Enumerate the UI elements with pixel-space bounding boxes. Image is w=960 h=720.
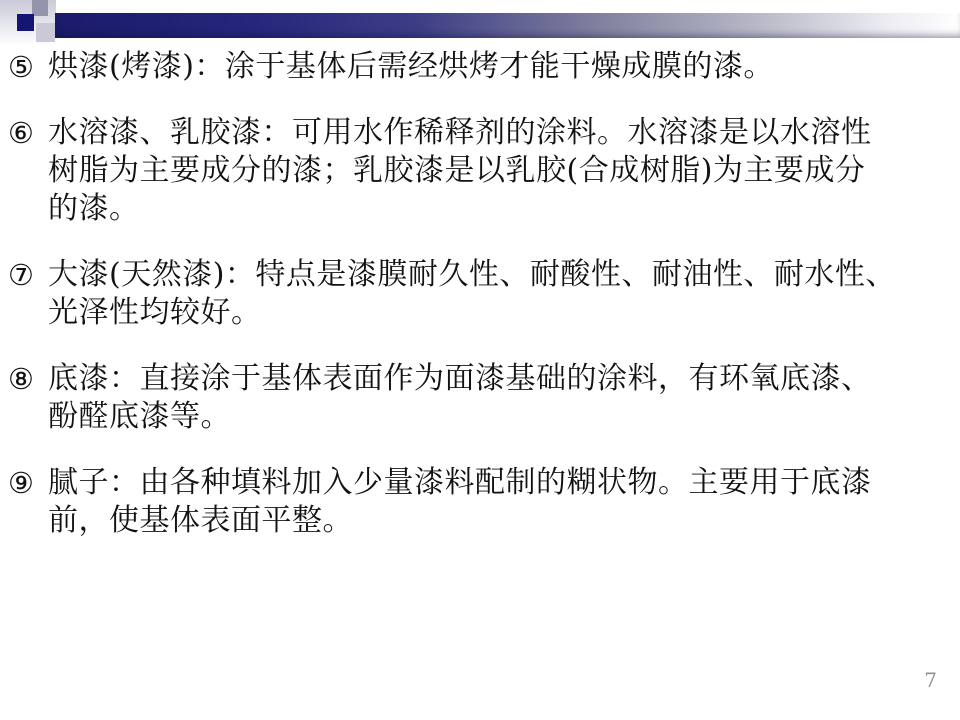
list-item: ⑤ 烘漆(烤漆)：涂于基体后需经烘烤才能干燥成膜的漆。 — [8, 48, 952, 86]
item-text: 腻子：由各种填料加入少量漆料配制的糊状物。主要用于底漆前，使基体表面平整。 — [48, 465, 872, 538]
list-item: ⑦ 大漆(天然漆)：特点是漆膜耐久性、耐酸性、耐油性、耐水性、光泽性均较好。 — [8, 256, 952, 332]
item-number: ⑤ — [8, 48, 35, 86]
item-text: 大漆(天然漆)：特点是漆膜耐久性、耐酸性、耐油性、耐水性、光泽性均较好。 — [48, 257, 896, 330]
item-text: 烘漆(烤漆)：涂于基体后需经烘烤才能干燥成膜的漆。 — [48, 49, 774, 84]
item-number: ⑦ — [8, 256, 35, 294]
gray-square-decoration — [32, 0, 48, 16]
header-gradient-bar — [55, 13, 960, 38]
item-text: 水溶漆、乳胶漆：可用水作稀释剂的涂料。水溶漆是以水溶性树脂为主要成分的漆；乳胶漆… — [48, 115, 872, 226]
item-number: ⑨ — [8, 464, 35, 502]
navy-square-decoration — [17, 14, 34, 31]
item-number: ⑧ — [8, 360, 35, 398]
slide-body: ⑤ 烘漆(烤漆)：涂于基体后需经烘烤才能干燥成膜的漆。 ⑥ 水溶漆、乳胶漆：可用… — [8, 48, 952, 568]
item-number: ⑥ — [8, 114, 35, 152]
light-square-decoration — [36, 23, 55, 42]
item-text: 底漆：直接涂于基体表面作为面漆基础的涂料，有环氧底漆、酚醛底漆等。 — [48, 361, 872, 434]
list-item: ⑥ 水溶漆、乳胶漆：可用水作稀释剂的涂料。水溶漆是以水溶性树脂为主要成分的漆；乳… — [8, 114, 952, 228]
page-number: 7 — [924, 668, 937, 692]
list-item: ⑨ 腻子：由各种填料加入少量漆料配制的糊状物。主要用于底漆前，使基体表面平整。 — [8, 464, 952, 540]
list-item: ⑧ 底漆：直接涂于基体表面作为面漆基础的涂料，有环氧底漆、酚醛底漆等。 — [8, 360, 952, 436]
